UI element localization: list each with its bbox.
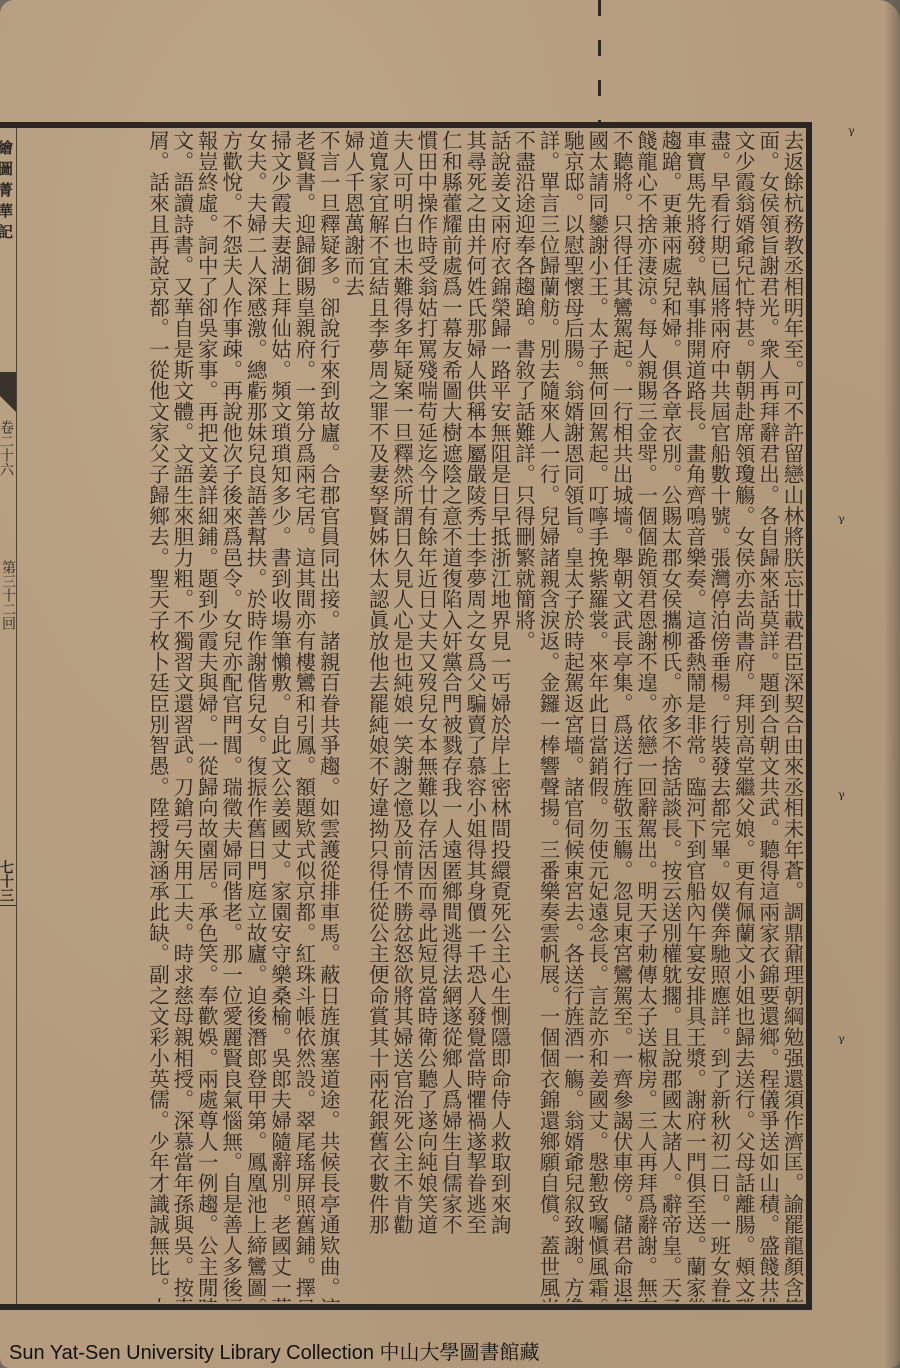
text-column: 老賢書。迎歸御賜皇親府。一第分爲兩宅居。這其間亦有樓鸞和引鳳。額題欵式似京都。紅… xyxy=(291,130,315,1302)
text-column: 文。語讀詩書。又華自是斯文體。文語生來胆力粗。不獨習文還習武。刀鎗弓矢用工夫。時… xyxy=(169,130,193,1302)
binding-hole-mark: ᵞ xyxy=(838,1032,854,1046)
text-column: 不聽將。只得任其鸞駕起。一行相共出城墻。舉朝文武長亭集。爲送行旌敬玉觴。忽見東宮… xyxy=(609,130,633,1302)
text-column: 不盡沿途迎奉各趨蹌。書敘了話難詳。只得刪繁就簡將。 xyxy=(511,130,535,1302)
page-number: 七十三 xyxy=(0,860,16,902)
text-column: 車寶馬先將發。執事排開道路長。畫角齊鳴音樂奏。這番熱鬧是非常。臨河下到官船內午宴… xyxy=(682,130,706,1302)
text-column: 盡。早看行期已屆將兩府中共屆官船數十號。張灣停泊傍垂楊。行裝發去都完畢。奴僕奔馳… xyxy=(706,130,730,1302)
text-column: 文少霞翁婿爺兒忙特甚。朝朝赴席領瓊觴。女侯亦去尚書府。拜別高堂繼父娘。更有佩蘭文… xyxy=(731,130,755,1302)
library-watermark: Sun Yat-Sen University Library Collectio… xyxy=(9,1336,540,1365)
text-column: 仁和縣藿耀前處爲一幕友希圖大樹遮陰之意不道復陷入奸黨合門被戮存我一人遠匿鄉間逃得… xyxy=(438,130,462,1302)
text-column: 報豈終虛。詞中了卻吳家事。再把文姜詳細鋪。題到少霞夫與婦。一從歸向故園居。承色笑… xyxy=(194,130,218,1302)
binding-hole-mark: ᵞ xyxy=(848,124,864,138)
text-column: 其尋死之由并何姓氏那婦人供稱本屬嚴陵秀士李夢周之女爲父騙賣了慕容小姐得其身價一千… xyxy=(462,130,486,1302)
scanned-page: 繪圖菁華記 卷二十六 第三十二回 七十三 去返餘杭務教丞相明年至。可不許留戀山林… xyxy=(0,0,900,1368)
margin-rule-line xyxy=(16,128,17,1304)
fold-crease xyxy=(598,0,601,125)
body-text: 去返餘杭務教丞相明年至。可不許留戀山林將朕忘廿載君臣深契合由來丞相未年蒼。調鼎鼐… xyxy=(22,130,804,1302)
book-title: 繪圖菁華記 xyxy=(0,140,16,245)
text-column: 國太請同鑾謝小王。太子無何回駕起。叮嚀手挽紫羅裳。來年此日當銷假。勿使元妃遠念長… xyxy=(584,130,608,1302)
text-column: 掃文少霞夫妻湖上拜仙姑。頻文瑣瑣知多少。書到收場筆懶敷。自此文公姜國丈。家園安守… xyxy=(267,130,291,1302)
binding-hole-mark: ᵞ xyxy=(838,512,854,526)
binding-hole-mark: ᵞ xyxy=(838,788,854,802)
text-column: 夫人可明白也未難得多年疑案一旦釋然所謂日久見人心是也純娘一笑謝之憶及前情不勝忿怒… xyxy=(389,130,413,1302)
text-column: 話說姜文兩府衣錦榮歸一路平安無阻是日早抵浙江地界見一丐婦於岸上密林間投繯覔死公主… xyxy=(487,130,511,1302)
text-column: 去返餘杭務教丞相明年至。可不許留戀山林將朕忘廿載君臣深契合由來丞相未年蒼。調鼎鼐… xyxy=(780,130,804,1302)
text-column: 不言一旦釋疑多。卻說行來到故廬。合郡官員同出接。諸親百眷共爭趨。如雲護從排車馬。… xyxy=(316,130,340,1302)
volume-label: 卷二十六 xyxy=(0,420,16,476)
text-column: 屑。話來且再說京都。一從他文家父子歸鄉去。聖天子枚卜廷臣別智愚。陞授謝涵承此缺。… xyxy=(145,130,169,1302)
page-edge-shadow xyxy=(884,0,900,1368)
text-column: 道寬家宜解不宜結且李夢周之罪不及妻孥賢姊休太認眞放他去罷純娘不好違拗只得任從公主… xyxy=(365,130,389,1302)
center-margin-strip xyxy=(0,128,17,1304)
text-column: 面。女侯領旨謝君光。衆人再拜辭君出。各自歸來話莫詳。題到合朝文共武。聽得這兩家衣… xyxy=(755,130,779,1302)
text-column: 婦人千恩萬謝而去 xyxy=(340,130,364,1302)
text-column: 方歡悅。不怨夫人作事疎。再說他次子後來爲邑令。女兒亦配官門閭。瑞徵夫婦同偕老。那… xyxy=(218,130,242,1302)
chapter-label: 第三十二回 xyxy=(0,560,18,630)
text-column: 趨蹌。更兼兩處兒和婦。俱各章衣別。公賜太郡女侯攜柳氏。亦多不捨話談長。按云送別權… xyxy=(658,130,682,1302)
margin-divider xyxy=(0,905,16,906)
text-column: 詳。單言三位歸蘭舫。別去隨來人一行。兒婦諸親含淚返。金鑼一棒響聲揚。三番樂奏雲帆… xyxy=(536,130,560,1302)
text-column: 慣田中操作時受翁姑打罵殘喘苟延迄今廿有餘年近日丈夫又歿兒女本無難以存活因而尋此短… xyxy=(414,130,438,1302)
text-column: 女夫。夫婦二人深感激。總虧那妹兒良語善幫扶。於時作謝偕兒女。復振作舊日門庭立故廬… xyxy=(243,130,267,1302)
text-column: 馳京邸。以慰聖懷母后腸。翁婿謝恩同領旨。皇太子於時起駕返宮墻。諸官伺候東宮去。各… xyxy=(560,130,584,1302)
text-column: 餞龍心不捨亦淒涼。每人親賜三金斝。一個個跪領君恩謝不遑。依戀一回辭駕出。明天子勅… xyxy=(633,130,657,1302)
